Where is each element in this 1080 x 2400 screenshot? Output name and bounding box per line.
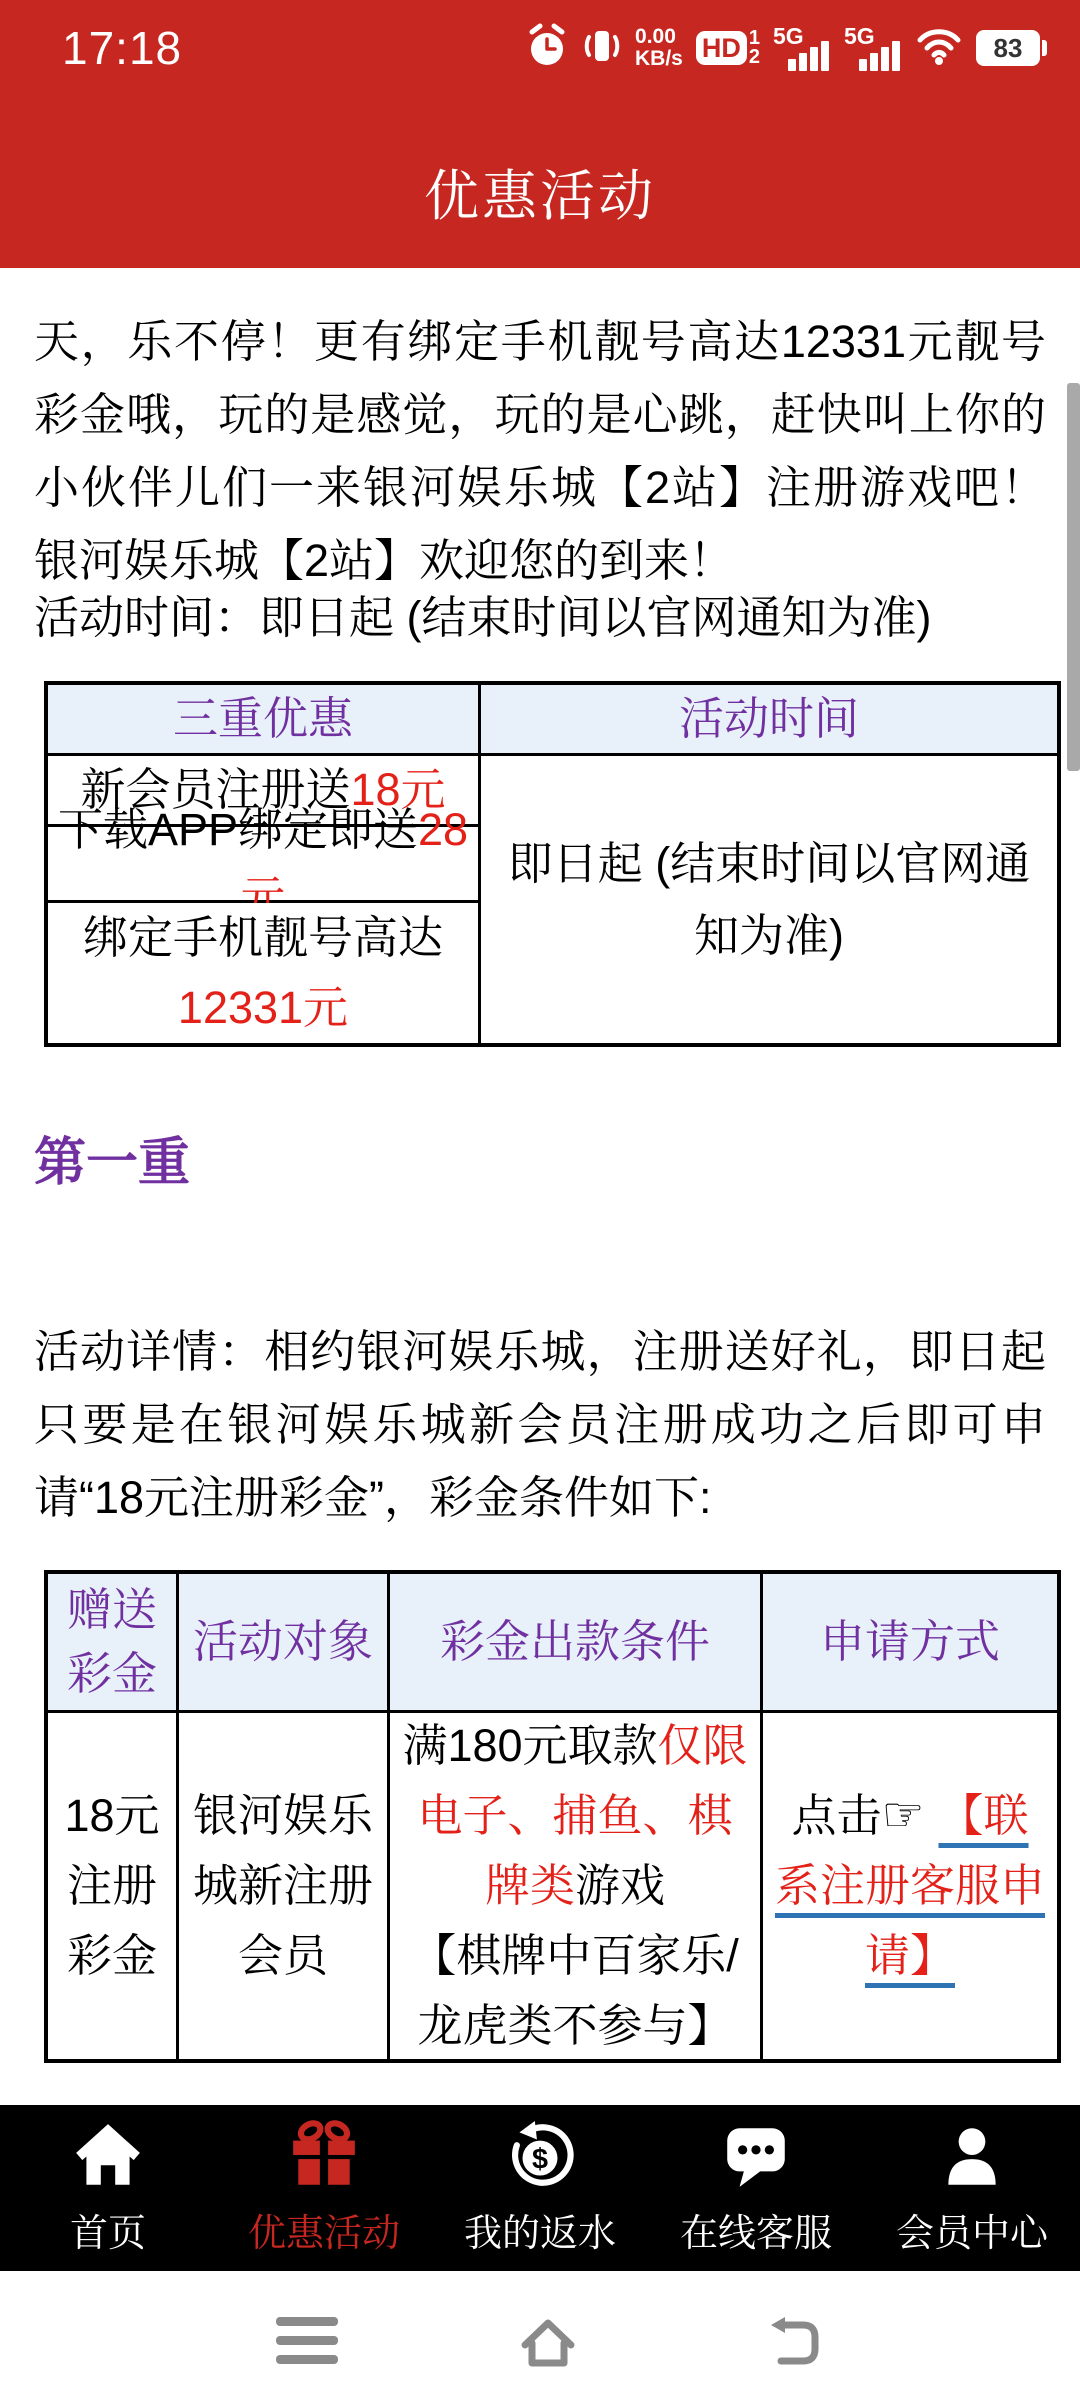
- scrollbar[interactable]: [1067, 383, 1080, 771]
- android-navigation-bar: [0, 2271, 1080, 2400]
- alarm-clock-icon: [525, 23, 569, 74]
- vibrate-icon: [582, 24, 622, 73]
- dollar-symbol: $: [532, 2143, 548, 2175]
- t2-header-apply: 申请方式: [763, 1574, 1057, 1710]
- t2-header-target: 活动对象: [179, 1574, 387, 1710]
- status-bar: 17:18: [0, 12, 1080, 84]
- page-title: 优惠活动: [0, 152, 1080, 231]
- activity-time-line: 活动时间：即日起 (结束时间以官网通知为准): [34, 581, 1046, 654]
- status-time: 17:18: [62, 21, 182, 75]
- t1-row-phone: 绑定手机靓号高达12331元: [48, 903, 478, 1043]
- t2-header-condition: 彩金出款条件: [390, 1574, 760, 1710]
- android-home-button[interactable]: [512, 2307, 584, 2373]
- t2-cell-bonus: 18元注册彩金: [48, 1713, 176, 2059]
- rebate-refresh-dollar-icon: $: [503, 2119, 577, 2198]
- app-header: 17:18: [0, 0, 1080, 268]
- home-icon: [71, 2119, 145, 2198]
- nav-item-home[interactable]: 首页: [0, 2105, 216, 2271]
- promo-summary-table: 三重优惠 活动时间 新会员注册送18元 即日起 (结束时间以官网通知为准) 下载…: [44, 681, 1061, 1047]
- t1-row-app: 下载APP绑定即送28元: [48, 827, 478, 900]
- battery-icon: 83: [976, 30, 1040, 66]
- status-icons: 0.00 KB/s HD 1 2 5G 5G: [525, 23, 1080, 74]
- hd-volte-icon: HD 1 2: [696, 29, 760, 67]
- nav-item-service[interactable]: 在线客服: [648, 2105, 864, 2271]
- promotions-screen: 17:18: [0, 0, 1080, 2400]
- t1-time-cell: 即日起 (结束时间以官网通知为准): [481, 756, 1057, 1043]
- bonus-detail-table: 赠送彩金 活动对象 彩金出款条件 申请方式 18元注册彩金 银河娱乐城新注册会员…: [44, 1570, 1061, 2063]
- nav-item-promotions[interactable]: 优惠活动: [216, 2105, 432, 2271]
- t1-header-promos: 三重优惠: [48, 685, 478, 753]
- bottom-navigation: 首页 优惠活动: [0, 2105, 1080, 2271]
- t1-header-time: 活动时间: [481, 685, 1057, 753]
- intro-paragraph: 天，乐不停！更有绑定手机靓号高达12331元靓号彩金哦，玩的是感觉，玩的是心跳，…: [34, 305, 1046, 597]
- recents-menu-button[interactable]: [271, 2307, 343, 2373]
- sim2-signal-icon: 5G: [844, 23, 902, 73]
- t2-cell-apply: 点击☞【联系注册客服申请】: [763, 1713, 1057, 2059]
- network-speed: 0.00 KB/s: [635, 26, 683, 70]
- t2-header-bonus: 赠送彩金: [48, 1574, 176, 1710]
- t2-cell-condition: 满180元取款仅限电子、捕鱼、棋牌类游戏 【棋牌中百家乐/龙虎类不参与】: [390, 1713, 760, 2059]
- nav-item-member[interactable]: 会员中心: [864, 2105, 1080, 2271]
- section-heading-first: 第一重: [34, 1120, 190, 1195]
- sim1-signal-icon: 5G: [773, 23, 831, 73]
- pointing-hand-icon: ☞: [881, 1789, 924, 1842]
- chat-service-icon: [719, 2119, 793, 2198]
- section-detail-paragraph: 活动详情：相约银河娱乐城，注册送好礼，即日起只要是在银河娱乐城新会员注册成功之后…: [34, 1315, 1046, 1534]
- t2-cell-target: 银河娱乐城新注册会员: [179, 1713, 387, 2059]
- wifi-icon: [915, 26, 963, 71]
- android-back-button[interactable]: [756, 2307, 828, 2373]
- member-person-icon: [935, 2119, 1009, 2198]
- gift-icon: [287, 2119, 361, 2198]
- nav-item-rebate[interactable]: $ 我的返水: [432, 2105, 648, 2271]
